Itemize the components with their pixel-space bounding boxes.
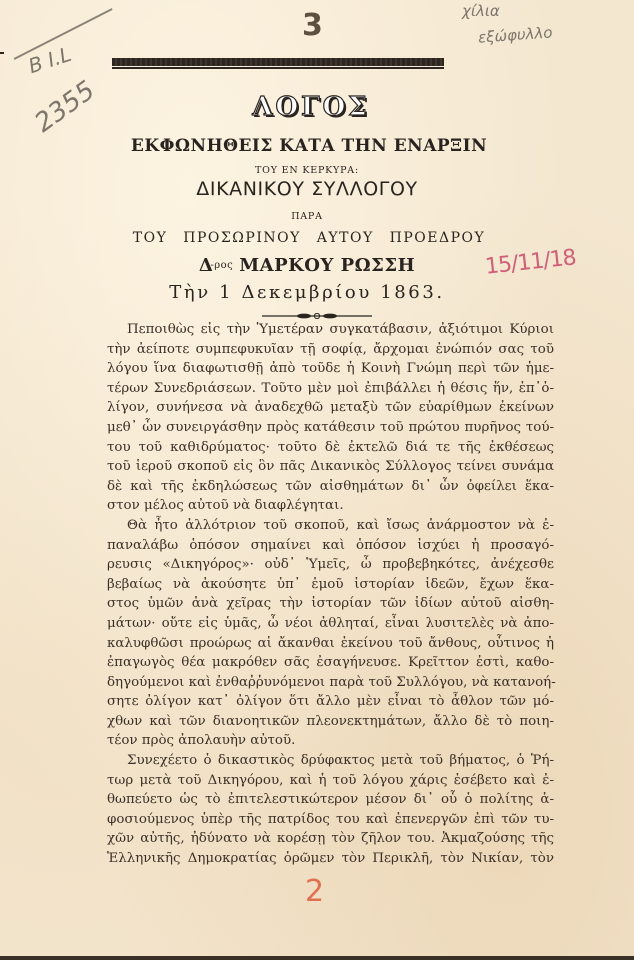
left-edge-rule — [0, 52, 4, 54]
header-thick-rule — [112, 58, 444, 66]
body-line: λόγου ἵνα διαφωτισθῇ ἀπὸ τοῦδε ἡ Κοινὴ Γ… — [107, 359, 554, 379]
body-line: μεθ᾽ ὧν συνειργάσθην πρὸς κατάθεσιν τοῦ … — [107, 418, 554, 438]
title-line-3: ΔΙΚΑΝΙΚΟΥ ΣΥΛΛΟΓΟΥ — [0, 178, 624, 200]
handwritten-note-line1: χίλια — [462, 2, 500, 20]
body-line: λίγον, συνήνεσα νὰ ἀναδεχθῶ μεταξὺ τῶν ε… — [107, 398, 554, 418]
author-name-text: ΜΑΡΚΟΥ ΡΩΣΣΗ — [239, 255, 415, 276]
title-line-2: ΤΟΥ ΕΝ ΚΕΡΚΥΡΑ: — [0, 165, 624, 176]
title-line-4: ΠΑΡΑ — [0, 211, 624, 222]
body-line: στον μέλος αὐτοῦ νὰ διαφλέγηται. — [107, 496, 554, 516]
body-line: βεβαίως νὰ ἀκούσητε ὑπ᾽ ἐμοῦ ἱστορίαν ἰδ… — [107, 575, 554, 595]
body-line: χθων καὶ τῶν διανοητικῶν πλεονεκτημάτων,… — [107, 712, 554, 732]
body-line: Πεποιθὼς εἰς τὴν Ὑμετέραν συγκατάβασιν, … — [107, 320, 554, 340]
body-line: καλυφθῶσι προώρως αἱ ἄκανθαι ἐκείνου τοῦ… — [107, 634, 554, 654]
title-heading: ΛΟΓΟΣ — [0, 92, 628, 122]
title-line-1: ΕΚΦΩΝΗΘΕΙΣ ΚΑΤΑ ΤΗΝ ΕΝΑΡΞΙΝ — [0, 136, 626, 156]
body-line: ρευσις «Δικηγόρος»· οὐδ᾽ Ὑμεῖς, ὦ προβεβ… — [107, 555, 554, 575]
speech-date: Τὴν 1 Δεκεμβρίου 1863. — [0, 282, 624, 303]
author-title-abbrev: -ρος — [210, 260, 233, 271]
body-line: δηγούμενοι καὶ ἐνθαῤῥυνόμενοι παρὰ τοῦ Σ… — [107, 673, 554, 693]
body-line: τέρων Συνεδριάσεων. Τοῦτο μὲν μοὶ ἐπιβάλ… — [107, 379, 554, 399]
body-line: θωπεύετο ὡς τὸ ἐπιτελεστικώτερον μέσον δ… — [107, 790, 554, 810]
body-line: Συνεχέετο ὁ δικαστικὸς δρύφακτος μετὰ το… — [107, 751, 554, 771]
body-line: τωρ μετὰ τοῦ Δικηγόρου, καὶ ἡ τοῦ λόγου … — [107, 771, 554, 791]
ornament-divider-icon — [262, 313, 372, 319]
body-line: ἐπαγωγὸς θέα μακρόθεν σᾶς ἐσαγήνευσε. Κρ… — [107, 653, 554, 673]
header-thin-rule — [112, 67, 444, 69]
body-line: του τοῦ καθιδρύματος· τοῦτο δὲ ἐκτελῶ δι… — [107, 438, 554, 458]
document-page: B I.L 2355 3 χίλια εξώφυλλο ΛΟΓΟΣ ΕΚΦΩΝΗ… — [0, 0, 634, 960]
body-line: φοσιούμενος ὑπὲρ τῆς πατρίδος του καὶ ἐπ… — [107, 810, 554, 830]
handwritten-page-number: 2 — [305, 874, 324, 909]
body-line: μάτων· οὔτε εἰς ὑμᾶς, ὦ νέοι ἀθληταί, εἶ… — [107, 614, 554, 634]
speech-body: Πεποιθὼς εἰς τὴν Ὑμετέραν συγκατάβασιν, … — [107, 320, 554, 869]
body-line: τὴν ἀείποτε συμπεφυκυῖαν τῇ σοφίᾳ, ἄρχομ… — [107, 340, 554, 360]
body-line: Θὰ ἦτο ἀλλότριον τοῦ σκοποῦ, καὶ ἴσως ἀν… — [107, 516, 554, 536]
body-line: Ἑλληνικῆς Δημοκρατίας ὁρῶμεν τὸν Περικλῆ… — [107, 849, 554, 869]
title-line-5: ΤΟΥ ΠΡΟΣΩΡΙΝΟΥ ΑΥΤΟΥ ΠΡΟΕΔΡΟΥ — [0, 230, 626, 246]
body-line: τοῦ ἱεροῦ σκοποῦ εἰς ὃν πᾶς Δικανικὸς Σύ… — [107, 457, 554, 477]
body-line: στος ὑμῶν ἀνὰ χεῖρας τὴν ἱστορίαν τῶν ἰδ… — [107, 594, 554, 614]
handwritten-note-line2: εξώφυλλο — [477, 23, 553, 46]
handwritten-page-marker: 3 — [302, 8, 323, 43]
body-line: σητε ὀλίγον κατ᾽ ὀλίγον ὅτι ἄλλο μὲν εἶν… — [107, 692, 554, 712]
body-line: τέον πρὸς ἀπολαυὴν αὐτοῦ. — [107, 731, 554, 751]
page-bottom-edge — [0, 956, 634, 960]
body-line: δὲ καὶ τῆς ἐκδηλώσεως τῶν αἰσθημάτων δι᾽… — [107, 477, 554, 497]
body-line: χῶν αὐτῆς, ἠδύνατο νὰ κορέσῃ τὸν ζῆλον τ… — [107, 829, 554, 849]
body-line: παναλάβω ὁπόσον σημαίνει καὶ ὁπόσον ἰσχύ… — [107, 536, 554, 556]
